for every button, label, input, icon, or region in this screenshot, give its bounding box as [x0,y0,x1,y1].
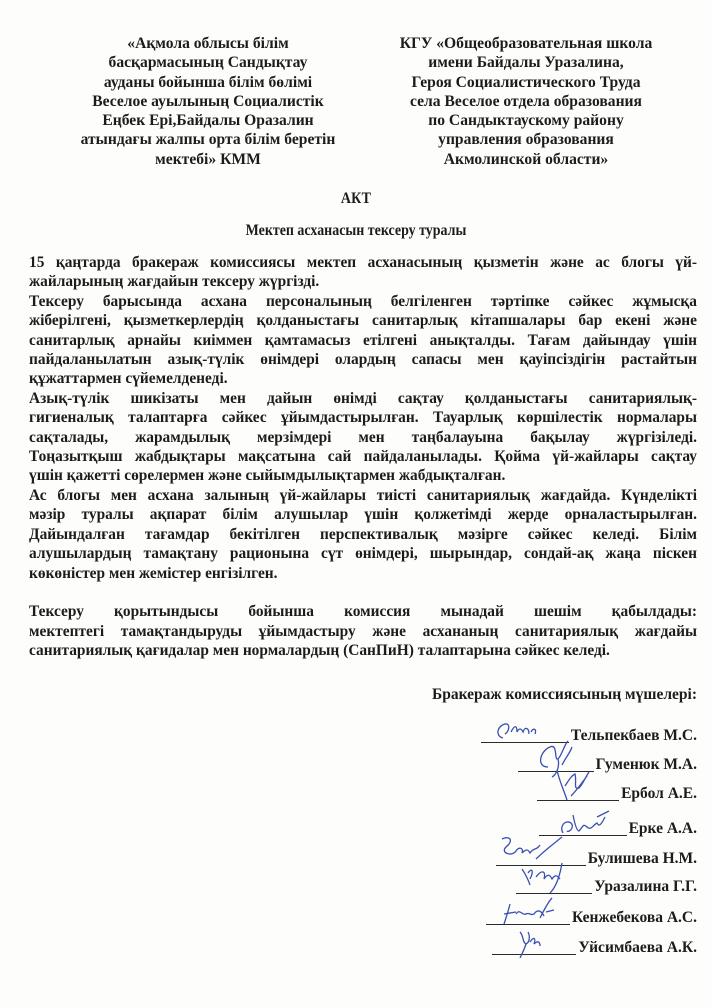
header-left-line: ауданы бойынша білім бөлімі [60,73,356,92]
member-name: Ербол А.Е. [621,785,697,803]
document-subtitle: Мектеп асханасын тексеру туралы [36,222,677,240]
commission-members-title: Бракераж комиссиясының мүшелері: [432,686,697,704]
header-right-line: села Веселое отдела образования [368,92,684,111]
header-right-line: имени Байдалы Уразалина, [368,53,684,72]
paragraph-spacer [29,583,697,602]
text-line: Азық-түлік шикізаты мен дайын өнімді сақ… [29,389,697,408]
handwritten-signature-icon [537,766,621,806]
text-line: көкөністер мен жемістер енгізілген. [29,564,697,583]
signature-row: Ербол А.Е. [537,769,697,803]
document-header: «Ақмола облысы білім басқармасының Санды… [0,34,712,174]
header-right-line: Героя Социалистического Труда [368,73,684,92]
text-line: Дайындалған тағамдар бекітілген перспект… [29,525,697,544]
text-line: Тексеру қорытындысы бойынша комиссия мын… [29,602,697,621]
text-line: үшін қажетті сөрелермен және сыйымдылықт… [29,466,697,485]
text-line: мәзір туралы ақпарат білім алушылар үшін… [29,505,697,524]
header-right-line: управления образования [368,130,684,149]
text-line: сақталады, жарамдылық мерзімдері мен таң… [29,428,697,447]
signature-line [516,865,592,894]
paragraph-inspection-intro: 15 қаңтарда бракераж комиссиясы мектеп а… [29,253,697,292]
text-line: санитариялық қағидалар мен нормалардың (… [29,641,697,660]
header-left-line: атындағы жалпы орта білім беретін [60,130,356,149]
header-left-line: мектебі» КММ [60,150,356,169]
document-title: АКТ [36,190,677,208]
document-body: 15 қаңтарда бракераж комиссиясы мектеп а… [29,253,697,661]
text-line: жіберілгені, қызметкерлердің қолданыстағ… [29,311,697,330]
text-line: пайдаланылатын азық-түлік өнімдері олард… [29,350,697,369]
text-line: құжаттармен сүйемелденеді. [29,369,697,388]
signature-row: Уйсимбаева А.К. [492,923,697,957]
header-right-line: Акмолинской области» [368,150,684,169]
text-line: Ас блогы мен асхана залының үй-жайлары т… [29,486,697,505]
text-line: 15 қаңтарда бракераж комиссиясы мектеп а… [29,253,697,272]
text-line: санитарлық арнайы киіммен қамтамасыз еті… [29,331,697,350]
paragraph-storage: Азық-түлік шикізаты мен дайын өнімді сақ… [29,389,697,486]
header-left-line: «Ақмола облысы білім [60,34,356,53]
header-right-line: КГУ «Общеобразовательная школа [368,34,684,53]
header-right-line: по Сандыктаускому району [368,111,684,130]
text-line: гигиеналық талаптарға сәйкес ұйымдастыры… [29,408,697,427]
header-left-line: Еңбек Ері,Байдалы Оразалин [60,111,356,130]
signature-row: Уразалина Г.Г. [516,862,697,896]
header-russian-institution: КГУ «Общеобразовательная школа имени Бай… [368,34,684,169]
header-left-line: басқармасының Сандықтау [60,53,356,72]
text-line: Тексеру барысында асхана персоналының бе… [29,292,697,311]
text-line: жайларының жағдайын тексеру жүргізді. [29,272,697,291]
member-name: Уйсимбаева А.К. [578,939,697,957]
signature-line [492,926,576,955]
text-line: мектептегі тамақтандыруды ұйымдастыру жә… [29,622,697,641]
text-line: алушылардың тамақтану рационына сүт өнім… [29,544,697,563]
header-kazakh-institution: «Ақмола облысы білім басқармасының Санды… [60,34,356,169]
text-line: Тоңазытқыш жабдықтары мақсатына сай пайд… [29,447,697,466]
paragraph-menu: Ас блогы мен асхана залының үй-жайлары т… [29,486,697,583]
signature-row: Кенжебекова А.С. [486,893,697,927]
signature-line [486,896,570,925]
handwritten-signature-icon [492,924,578,960]
paragraph-staff: Тексеру барысында асхана персоналының бе… [29,292,697,389]
paragraph-conclusion: Тексеру қорытындысы бойынша комиссия мын… [29,602,697,660]
signature-line [537,772,619,801]
header-left-line: Веселое ауылының Социалистік [60,92,356,111]
